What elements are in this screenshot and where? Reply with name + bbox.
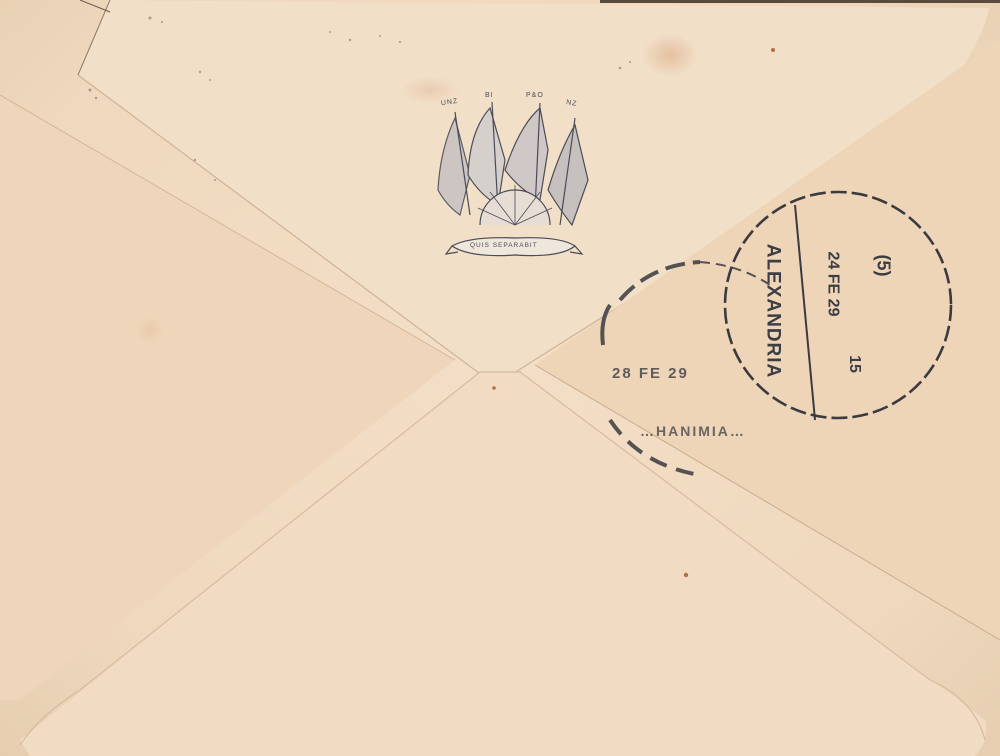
envelope-drawing [0, 0, 1000, 756]
crest-flag-label: P&O [526, 92, 544, 99]
postmark-date: 24 FE 29 [823, 252, 841, 317]
crest-flag-label: BI [485, 92, 494, 99]
postmark-top-text: (5) [873, 255, 894, 277]
envelope-back: UNZ BI P&O NZ QUIS SEPARABIT ALEXANDRIA … [0, 0, 1000, 756]
postmark-bottom-text: …HANIMIA… [640, 423, 746, 439]
postmark-date-fragment: 28 FE 29 [612, 365, 689, 382]
postmark-time: 15 [845, 355, 863, 373]
crest-motto: QUIS SEPARABIT [470, 242, 538, 249]
postmark-city: ALEXANDRIA [761, 244, 783, 379]
